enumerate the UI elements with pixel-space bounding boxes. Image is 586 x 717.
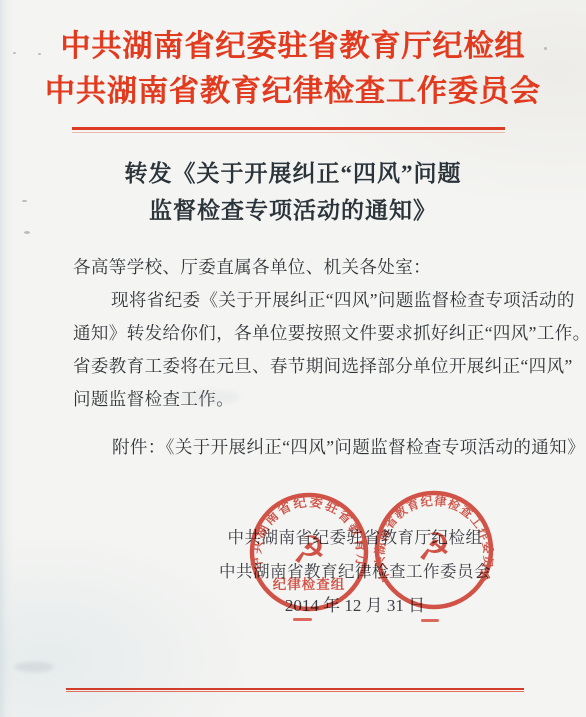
body-text: 各高等学校、厅委直属各单位、机关各处室： 现将省纪委《关于开展纠正“四风”问题监… [73, 251, 533, 416]
letterhead-rule [72, 127, 505, 133]
doc-title-line2: 监督检查专项活动的通知》 [0, 192, 586, 225]
seal-mark-left [293, 618, 312, 621]
footer-rule [66, 688, 524, 692]
scan-smudge [14, 662, 54, 672]
document-page: 中共湖南省纪委驻省教育厅纪检组 中共湖南省教育纪律检查工作委员会 转发《关于开展… [0, 0, 586, 717]
official-seal-right: 中共湖南省教育纪律检查工作委员会 ☭ [369, 485, 499, 615]
body-line: 问题监督检查工作。 [73, 383, 533, 416]
scan-speck [544, 47, 547, 50]
scan-speck [13, 52, 16, 54]
attachment-line: 附件：《关于开展纠正“四风”问题监督检查专项活动的通知》 [112, 434, 585, 459]
doc-title-line1: 转发《关于开展纠正“四风”问题 [0, 155, 586, 188]
seal-bottom-text: 纪律检查组 [273, 576, 346, 592]
official-seal-left: 中共湖南省纪委驻省教育厅 ☭ 纪律检查组 [244, 487, 374, 617]
body-line: 通知》转发给你们，各单位要按照文件要求抓好纠正“四风”工作。 [73, 317, 533, 350]
scan-smudge [180, 390, 240, 404]
body-line: 省委教育工委将在元旦、春节期间选择部分单位开展纠正“四风” [73, 350, 533, 383]
scan-speck [24, 231, 30, 234]
scan-speck [22, 200, 27, 202]
body-salutation: 各高等学校、厅委直属各单位、机关各处室： [73, 251, 533, 284]
letterhead-org-line2: 中共湖南省教育纪律检查工作委员会 [0, 66, 586, 110]
scan-speck [38, 53, 41, 55]
seal-mark-right [421, 619, 439, 622]
hammer-sickle-icon: ☭ [292, 528, 326, 572]
hammer-sickle-icon: ☭ [417, 525, 451, 569]
letterhead-org-line1: 中共湖南省纪委驻省教育厅纪检组 [0, 21, 586, 65]
body-line: 现将省纪委《关于开展纠正“四风”问题监督检查专项活动的 [73, 284, 533, 317]
